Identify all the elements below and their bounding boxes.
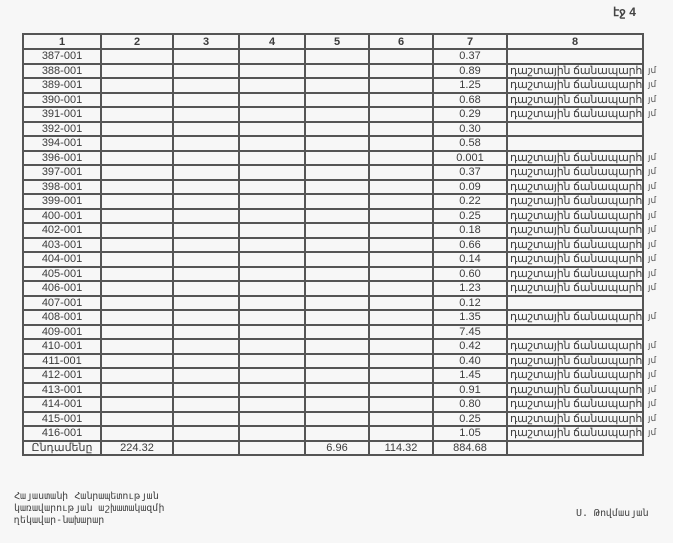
area-cell: 1.35 (433, 310, 507, 325)
col3-cell (173, 223, 239, 238)
col5-cell (305, 281, 369, 296)
margin-mark: յմ (648, 355, 656, 366)
signer-title-line: կառավարության աշխատակազմի (14, 503, 165, 515)
col6-cell (369, 107, 433, 122)
parcel-code-cell: 412-001 (23, 368, 101, 383)
col2-cell (101, 310, 173, 325)
col6-cell (369, 368, 433, 383)
col3-cell (173, 281, 239, 296)
col2-cell (101, 49, 173, 64)
col3-cell (173, 252, 239, 267)
purpose-cell: դաշտային ճանապարհ (507, 78, 643, 93)
col4-cell (239, 426, 305, 441)
area-cell: 0.12 (433, 296, 507, 311)
signer-title-line: ղեկավար-նախարար (14, 515, 165, 527)
area-cell: 0.91 (433, 383, 507, 398)
table-row: 410-0010.42դաշտային ճանապարհ (23, 339, 643, 354)
parcel-code-cell: 387-001 (23, 49, 101, 64)
column-header: 6 (369, 34, 433, 49)
area-cell: 0.37 (433, 165, 507, 180)
col6-cell (369, 397, 433, 412)
parcel-code-cell: 398-001 (23, 180, 101, 195)
column-header: 5 (305, 34, 369, 49)
total-row: Ընդամենը224.326.96114.32884.68 (23, 441, 643, 456)
table-row: 405-0010.60դաշտային ճանապարհ (23, 267, 643, 282)
margin-mark: յմ (648, 384, 656, 395)
col2-cell (101, 238, 173, 253)
signer-title-line: Հայաստանի Հանրապետության (14, 491, 165, 503)
total-label: Ընդամենը (23, 441, 101, 456)
col3-cell (173, 107, 239, 122)
col2-cell (101, 252, 173, 267)
col2-cell (101, 354, 173, 369)
col6-cell (369, 180, 433, 195)
col6-cell (369, 238, 433, 253)
column-header: 2 (101, 34, 173, 49)
table-row: 400-0010.25դաշտային ճանապարհ (23, 209, 643, 224)
area-cell: 1.23 (433, 281, 507, 296)
col4-cell (239, 78, 305, 93)
parcel-code-cell: 410-001 (23, 339, 101, 354)
area-cell: 0.68 (433, 93, 507, 108)
purpose-cell: դաշտային ճանապարհ (507, 252, 643, 267)
table-row: 391-0010.29դաշտային ճանապարհ (23, 107, 643, 122)
area-cell: 0.09 (433, 180, 507, 195)
purpose-cell (507, 325, 643, 340)
area-cell: 0.37 (433, 49, 507, 64)
margin-mark: յմ (648, 79, 656, 90)
margin-mark: յմ (648, 108, 656, 119)
column-header: 1 (23, 34, 101, 49)
col6-cell (369, 122, 433, 137)
col3-cell (173, 426, 239, 441)
col5-cell (305, 296, 369, 311)
table-row: 388-0010.89դաշտային ճանապարհ (23, 64, 643, 79)
parcel-code-cell: 397-001 (23, 165, 101, 180)
purpose-cell: դաշտային ճանապարհ (507, 107, 643, 122)
parcel-code-cell: 391-001 (23, 107, 101, 122)
area-cell: 0.29 (433, 107, 507, 122)
purpose-cell: դաշտային ճանապարհ (507, 64, 643, 79)
table-row: 412-0011.45դաշտային ճանապարհ (23, 368, 643, 383)
col6-cell (369, 49, 433, 64)
parcel-code-cell: 404-001 (23, 252, 101, 267)
col4-cell (239, 310, 305, 325)
col6-cell (369, 136, 433, 151)
parcel-code-cell: 408-001 (23, 310, 101, 325)
area-cell: 0.22 (433, 194, 507, 209)
table-row: 404-0010.14դաշտային ճանապարհ (23, 252, 643, 267)
parcel-code-cell: 409-001 (23, 325, 101, 340)
area-cell: 0.58 (433, 136, 507, 151)
col5-cell (305, 325, 369, 340)
col3-cell (173, 151, 239, 166)
parcel-code-cell: 402-001 (23, 223, 101, 238)
col5-cell (305, 383, 369, 398)
col2-cell (101, 136, 173, 151)
col6-cell (369, 354, 433, 369)
margin-mark: յմ (648, 195, 656, 206)
purpose-cell: դաշտային ճանապարհ (507, 412, 643, 427)
col5-cell (305, 339, 369, 354)
col6-cell (369, 426, 433, 441)
col6-cell (369, 339, 433, 354)
col4-cell (239, 136, 305, 151)
col3-cell (173, 122, 239, 137)
area-cell: 0.25 (433, 412, 507, 427)
margin-mark: յմ (648, 224, 656, 235)
area-cell: 1.25 (433, 78, 507, 93)
col6-cell (369, 209, 433, 224)
col2-cell (101, 165, 173, 180)
area-cell: 0.42 (433, 339, 507, 354)
col5-cell (305, 107, 369, 122)
purpose-cell (507, 49, 643, 64)
parcel-code-cell: 399-001 (23, 194, 101, 209)
purpose-cell: դաշտային ճանապարհ (507, 238, 643, 253)
col3-cell (173, 354, 239, 369)
col6-cell (369, 78, 433, 93)
col3-cell (173, 194, 239, 209)
col5-cell (305, 310, 369, 325)
margin-mark: յմ (648, 253, 656, 264)
margin-mark: յմ (648, 181, 656, 192)
col4-cell (239, 354, 305, 369)
total-col4 (239, 441, 305, 456)
parcel-code-cell: 392-001 (23, 122, 101, 137)
col2-cell (101, 296, 173, 311)
col4-cell (239, 64, 305, 79)
table-row: 396-0010.001դաշտային ճանապարհ (23, 151, 643, 166)
purpose-cell: դաշտային ճանապարհ (507, 281, 643, 296)
total-col2: 224.32 (101, 441, 173, 456)
col6-cell (369, 412, 433, 427)
col4-cell (239, 180, 305, 195)
col5-cell (305, 165, 369, 180)
col3-cell (173, 296, 239, 311)
parcel-code-cell: 388-001 (23, 64, 101, 79)
margin-mark: յմ (648, 65, 656, 76)
column-header: 7 (433, 34, 507, 49)
table-row: 415-0010.25դաշտային ճանապարհ (23, 412, 643, 427)
column-header: 8 (507, 34, 643, 49)
col2-cell (101, 223, 173, 238)
col2-cell (101, 325, 173, 340)
margin-mark: յմ (648, 427, 656, 438)
col5-cell (305, 412, 369, 427)
col3-cell (173, 383, 239, 398)
table-row: 411-0010.40դաշտային ճանապարհ (23, 354, 643, 369)
purpose-cell: դաշտային ճանապարհ (507, 93, 643, 108)
col4-cell (239, 151, 305, 166)
purpose-cell: դաշտային ճանապարհ (507, 209, 643, 224)
margin-mark: յմ (648, 239, 656, 250)
parcel-code-cell: 407-001 (23, 296, 101, 311)
total-col5: 6.96 (305, 441, 369, 456)
col4-cell (239, 368, 305, 383)
purpose-cell (507, 296, 643, 311)
table-row: 407-0010.12 (23, 296, 643, 311)
col2-cell (101, 267, 173, 282)
col3-cell (173, 165, 239, 180)
col6-cell (369, 267, 433, 282)
total-col3 (173, 441, 239, 456)
area-cell: 0.18 (433, 223, 507, 238)
col6-cell (369, 194, 433, 209)
col6-cell (369, 383, 433, 398)
parcel-code-cell: 389-001 (23, 78, 101, 93)
purpose-cell: դաշտային ճանապարհ (507, 151, 643, 166)
col3-cell (173, 93, 239, 108)
col4-cell (239, 209, 305, 224)
table-row: 390-0010.68դաշտային ճանապարհ (23, 93, 643, 108)
col6-cell (369, 310, 433, 325)
table-row: 394-0010.58 (23, 136, 643, 151)
col2-cell (101, 93, 173, 108)
purpose-cell: դաշտային ճանապարհ (507, 310, 643, 325)
table-row: 403-0010.66դաշտային ճանապարհ (23, 238, 643, 253)
area-cell: 1.45 (433, 368, 507, 383)
margin-mark: յմ (648, 340, 656, 351)
margin-mark: յմ (648, 311, 656, 322)
col2-cell (101, 64, 173, 79)
total-col6: 114.32 (369, 441, 433, 456)
column-header: 4 (239, 34, 305, 49)
parcel-code-cell: 400-001 (23, 209, 101, 224)
col3-cell (173, 310, 239, 325)
area-cell: 0.60 (433, 267, 507, 282)
parcel-code-cell: 415-001 (23, 412, 101, 427)
table-row: 408-0011.35դաշտային ճանապարհ (23, 310, 643, 325)
col4-cell (239, 107, 305, 122)
col5-cell (305, 64, 369, 79)
col3-cell (173, 238, 239, 253)
table-row: 402-0010.18դաշտային ճանապարհ (23, 223, 643, 238)
col2-cell (101, 180, 173, 195)
col4-cell (239, 383, 305, 398)
col5-cell (305, 368, 369, 383)
area-cell: 0.40 (433, 354, 507, 369)
table-row: 416-0011.05դաշտային ճանապարհ (23, 426, 643, 441)
col2-cell (101, 194, 173, 209)
col3-cell (173, 64, 239, 79)
table-row: 398-0010.09դաշտային ճանապարհ (23, 180, 643, 195)
parcel-code-cell: 413-001 (23, 383, 101, 398)
parcel-code-cell: 403-001 (23, 238, 101, 253)
table-row: 387-0010.37 (23, 49, 643, 64)
col5-cell (305, 397, 369, 412)
col4-cell (239, 267, 305, 282)
col6-cell (369, 64, 433, 79)
col2-cell (101, 151, 173, 166)
col3-cell (173, 412, 239, 427)
total-col8 (507, 441, 643, 456)
area-cell: 0.80 (433, 397, 507, 412)
margin-mark: յմ (648, 369, 656, 380)
col4-cell (239, 238, 305, 253)
col4-cell (239, 223, 305, 238)
table-row: 389-0011.25դաշտային ճանապարհ (23, 78, 643, 93)
area-cell: 0.001 (433, 151, 507, 166)
col5-cell (305, 209, 369, 224)
area-cell: 0.30 (433, 122, 507, 137)
col2-cell (101, 397, 173, 412)
col3-cell (173, 339, 239, 354)
col5-cell (305, 223, 369, 238)
margin-mark: յմ (648, 282, 656, 293)
col5-cell (305, 426, 369, 441)
margin-mark: յմ (648, 413, 656, 424)
parcel-code-cell: 411-001 (23, 354, 101, 369)
col5-cell (305, 267, 369, 282)
purpose-cell (507, 122, 643, 137)
column-header: 3 (173, 34, 239, 49)
col4-cell (239, 165, 305, 180)
purpose-cell: դաշտային ճանապարհ (507, 339, 643, 354)
margin-mark: յմ (648, 152, 656, 163)
purpose-cell: դաշտային ճանապարհ (507, 165, 643, 180)
table-row: 399-0010.22դաշտային ճանապարհ (23, 194, 643, 209)
parcel-code-cell: 390-001 (23, 93, 101, 108)
signer-title: Հայաստանի Հանրապետության կառավարության ա… (14, 491, 165, 527)
col3-cell (173, 397, 239, 412)
parcel-code-cell: 396-001 (23, 151, 101, 166)
col2-cell (101, 383, 173, 398)
col4-cell (239, 296, 305, 311)
col4-cell (239, 93, 305, 108)
col2-cell (101, 339, 173, 354)
col5-cell (305, 151, 369, 166)
purpose-cell: դաշտային ճանապարհ (507, 426, 643, 441)
col3-cell (173, 267, 239, 282)
area-cell: 0.14 (433, 252, 507, 267)
table-row: 409-0017.45 (23, 325, 643, 340)
purpose-cell: դաշտային ճանապարհ (507, 267, 643, 282)
col3-cell (173, 136, 239, 151)
col5-cell (305, 122, 369, 137)
col5-cell (305, 194, 369, 209)
col2-cell (101, 426, 173, 441)
col4-cell (239, 194, 305, 209)
area-cell: 0.25 (433, 209, 507, 224)
register-table: 1 2 3 4 5 6 7 8 387-0010.37388-0010.89դա… (22, 33, 644, 456)
parcel-code-cell: 406-001 (23, 281, 101, 296)
col5-cell (305, 238, 369, 253)
parcel-code-cell: 394-001 (23, 136, 101, 151)
margin-mark: յմ (648, 94, 656, 105)
col4-cell (239, 281, 305, 296)
col6-cell (369, 281, 433, 296)
col4-cell (239, 412, 305, 427)
col3-cell (173, 325, 239, 340)
header-row: 1 2 3 4 5 6 7 8 (23, 34, 643, 49)
purpose-cell: դաշտային ճանապարհ (507, 223, 643, 238)
parcel-code-cell: 405-001 (23, 267, 101, 282)
col3-cell (173, 78, 239, 93)
purpose-cell: դաշտային ճանապարհ (507, 383, 643, 398)
col3-cell (173, 49, 239, 64)
area-cell: 0.66 (433, 238, 507, 253)
col5-cell (305, 136, 369, 151)
col2-cell (101, 107, 173, 122)
col4-cell (239, 49, 305, 64)
col2-cell (101, 368, 173, 383)
col2-cell (101, 122, 173, 137)
col6-cell (369, 325, 433, 340)
purpose-cell: դաշտային ճանապարհ (507, 180, 643, 195)
col4-cell (239, 252, 305, 267)
col6-cell (369, 223, 433, 238)
col5-cell (305, 93, 369, 108)
area-cell: 7.45 (433, 325, 507, 340)
table-row: 414-0010.80դաշտային ճանապարհ (23, 397, 643, 412)
margin-mark: յմ (648, 210, 656, 221)
signer-name: Ս. Թովմասյան (576, 508, 648, 519)
col2-cell (101, 281, 173, 296)
col5-cell (305, 354, 369, 369)
area-cell: 1.05 (433, 426, 507, 441)
page-number: էջ 4 (613, 5, 636, 19)
table-row: 397-0010.37դաշտային ճանապարհ (23, 165, 643, 180)
col4-cell (239, 397, 305, 412)
area-cell: 0.89 (433, 64, 507, 79)
purpose-cell: դաշտային ճանապարհ (507, 194, 643, 209)
col5-cell (305, 252, 369, 267)
col5-cell (305, 180, 369, 195)
col2-cell (101, 412, 173, 427)
total-col7: 884.68 (433, 441, 507, 456)
table-row: 406-0011.23դաշտային ճանապարհ (23, 281, 643, 296)
table-row: 413-0010.91դաշտային ճանապարհ (23, 383, 643, 398)
col4-cell (239, 325, 305, 340)
margin-mark: յմ (648, 166, 656, 177)
margin-mark: յմ (648, 268, 656, 279)
parcel-code-cell: 414-001 (23, 397, 101, 412)
col5-cell (305, 78, 369, 93)
col4-cell (239, 122, 305, 137)
col6-cell (369, 93, 433, 108)
table-row: 392-0010.30 (23, 122, 643, 137)
col3-cell (173, 180, 239, 195)
col6-cell (369, 252, 433, 267)
col3-cell (173, 209, 239, 224)
col6-cell (369, 165, 433, 180)
col6-cell (369, 151, 433, 166)
margin-mark: յմ (648, 398, 656, 409)
purpose-cell: դաշտային ճանապարհ (507, 368, 643, 383)
purpose-cell: դաշտային ճանապարհ (507, 397, 643, 412)
col3-cell (173, 368, 239, 383)
col2-cell (101, 78, 173, 93)
col4-cell (239, 339, 305, 354)
col6-cell (369, 296, 433, 311)
purpose-cell (507, 136, 643, 151)
col2-cell (101, 209, 173, 224)
purpose-cell: դաշտային ճանապարհ (507, 354, 643, 369)
col5-cell (305, 49, 369, 64)
parcel-code-cell: 416-001 (23, 426, 101, 441)
